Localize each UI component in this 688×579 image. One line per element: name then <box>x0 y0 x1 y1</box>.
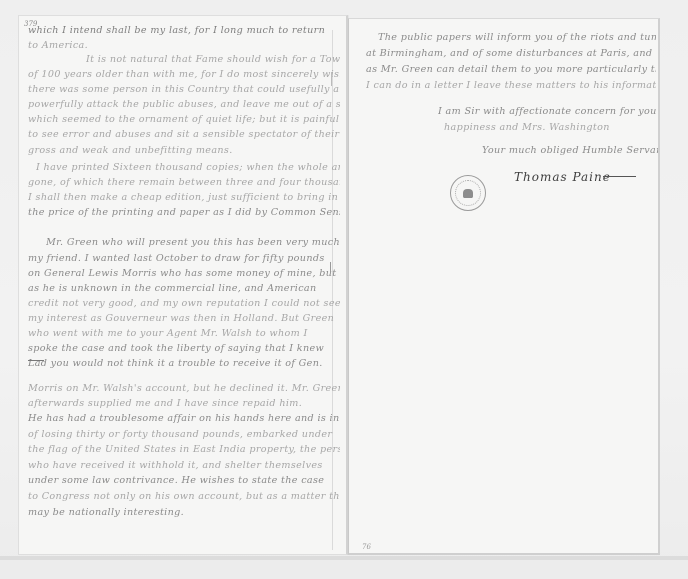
document-scan: 379 which I intend shall be my last, for… <box>0 0 688 579</box>
text-line: credit not very good, and my own reputat… <box>28 299 340 309</box>
text-line: Your much obliged Humble Servant <box>482 146 658 156</box>
text-line: spoke the case and took the liberty of s… <box>28 344 340 354</box>
text-line: powerfully attack the public abuses, and… <box>28 100 340 110</box>
text-line: gone, of which there remain between thre… <box>28 178 340 188</box>
text-line: which I intend shall be my last, for I l… <box>28 26 340 36</box>
text-line: as he is unknown in the commercial line,… <box>28 284 340 294</box>
text-line: to see error and abuses and sit a sensib… <box>28 130 340 140</box>
text-line: I am Sir with affectionate concern for y… <box>438 107 656 117</box>
signature-flourish <box>603 176 636 177</box>
text-line: Lad you would not think it a trouble to … <box>28 359 340 369</box>
text-line: of 100 years older than with me, for I d… <box>28 70 340 80</box>
text-line: to America. <box>28 41 340 51</box>
text-line: my interest as Gouverneur was then in Ho… <box>28 314 340 324</box>
page-bottom-edge <box>0 556 688 560</box>
margin-mark <box>330 262 331 272</box>
stamp-seal <box>455 180 481 206</box>
margin-mark <box>331 72 332 86</box>
text-line: happiness and Mrs. Washington <box>444 123 654 133</box>
text-line: of losing thirty or forty thousand pound… <box>28 430 340 440</box>
text-line: who have received it withhold it, and sh… <box>28 461 340 471</box>
text-line: Mr. Green who will present you this has … <box>46 238 340 248</box>
text-line: afterwards supplied me and I have since … <box>28 399 340 409</box>
text-line: The public papers will inform you of the… <box>378 33 656 43</box>
text-line: on General Lewis Morris who has some mon… <box>28 269 340 279</box>
text-line: It is not natural that Fame should wish … <box>86 55 340 65</box>
text-line: as Mr. Green can detail them to you more… <box>366 65 656 75</box>
right-page <box>348 18 660 555</box>
text-line: He has had a troublesome affair on his h… <box>28 414 340 424</box>
text-line: at Birmingham, and of some disturbances … <box>366 49 656 59</box>
text-line: gross and weak and unbefitting means. <box>28 146 340 156</box>
text-line: there was some person in this Country th… <box>28 85 340 95</box>
text-line: the flag of the United States in East In… <box>28 445 340 455</box>
text-line: under some law contrivance. He wishes to… <box>28 476 340 486</box>
text-line: I shall then make a cheap edition, just … <box>28 193 340 203</box>
page-number: 76 <box>362 543 371 551</box>
underline-mark <box>28 360 44 361</box>
text-line: I have printed Sixteen thousand copies; … <box>36 163 340 173</box>
text-line: my friend. I wanted last October to draw… <box>28 254 340 264</box>
text-line: who went with me to your Agent Mr. Walsh… <box>28 329 340 339</box>
text-line: the price of the printing and paper as I… <box>28 208 340 218</box>
text-line: Morris on Mr. Walsh's account, but he de… <box>28 384 340 394</box>
text-line: may be nationally interesting. <box>28 508 340 518</box>
library-stamp <box>450 175 486 211</box>
signature: Thomas Paine <box>514 170 611 184</box>
text-line: I can do in a letter I leave these matte… <box>366 81 656 91</box>
text-line: to Congress not only on his own account,… <box>28 492 340 502</box>
text-line: which seemed to the ornament of quiet li… <box>28 115 340 125</box>
eagle-emblem-icon <box>463 189 473 198</box>
